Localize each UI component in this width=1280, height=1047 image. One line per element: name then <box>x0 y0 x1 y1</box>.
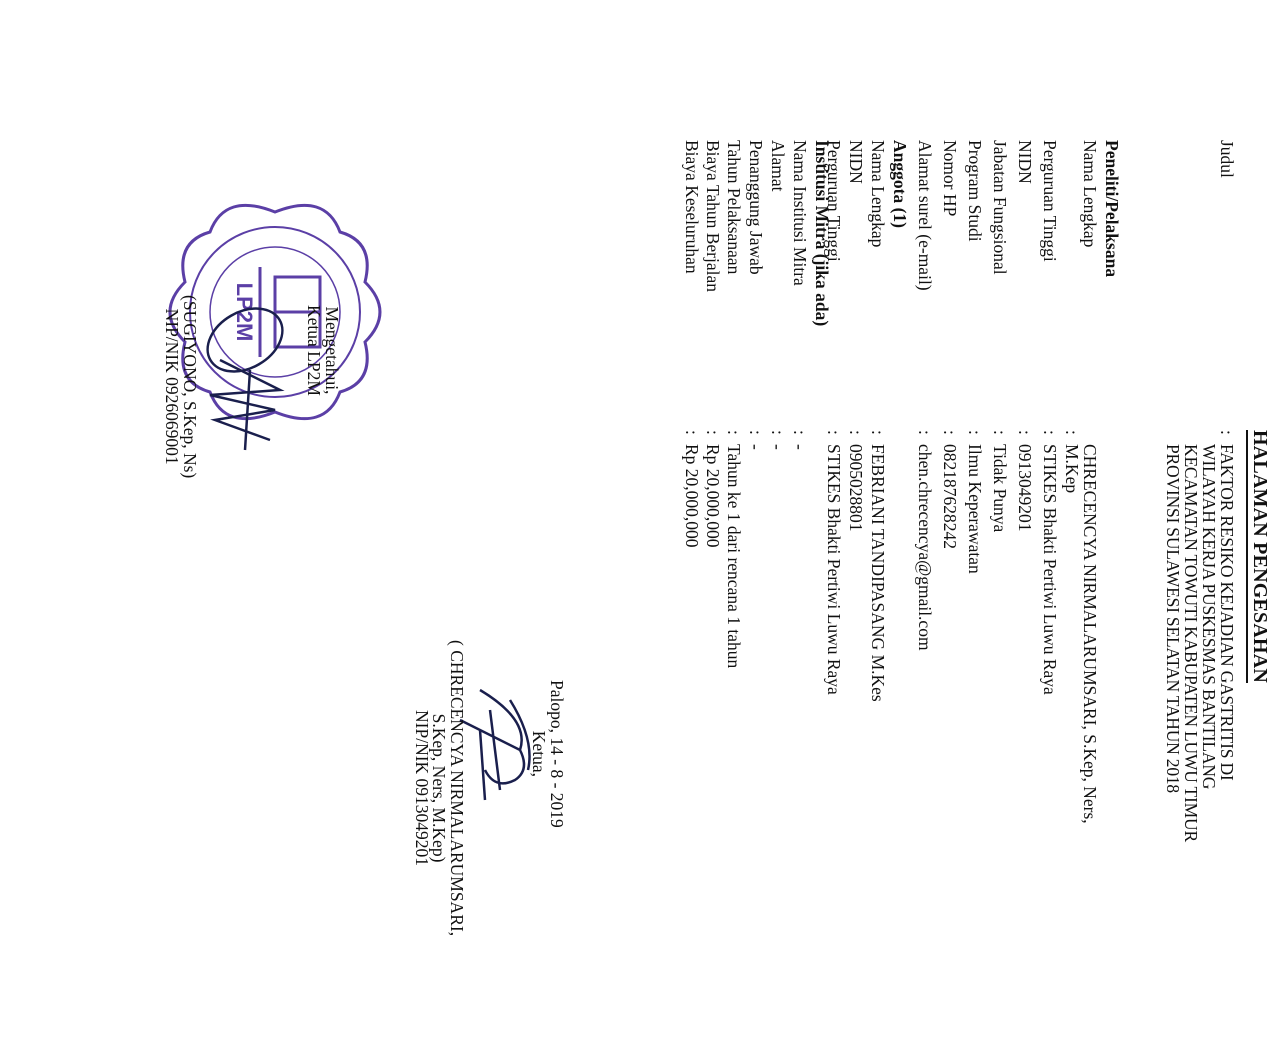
sign-right-footer: ( CHRECENCYA NIRMALARUMSARI, S.Kep, Ners… <box>413 640 466 936</box>
field-value: Rp 20,000,000 <box>703 444 723 548</box>
field-label: Program Studi <box>966 140 984 242</box>
judul-label: Judul <box>1218 140 1236 178</box>
field-label: Nomor HP <box>941 140 959 216</box>
field-label: Jabatan Fungsional <box>991 140 1009 275</box>
field-value: - <box>790 444 810 450</box>
field-value: - <box>746 444 766 450</box>
sign-left-footer: (SUGIYONO, S.Kep, Ns) NIP/NIK 0926069001 <box>163 295 198 478</box>
field-value: Ilmu Keperawatan <box>965 444 985 574</box>
anggota-heading: Anggota (1) <box>891 140 909 228</box>
field-value: 0913049201 <box>1015 444 1035 532</box>
peneliti-heading: Peneliti/Pelaksana <box>1103 140 1121 277</box>
field-label: Tahun Pelaksanaan <box>725 140 743 274</box>
field-value: Tidak Punya <box>990 444 1010 532</box>
field-label: Nama Institusi Mitra <box>791 140 809 286</box>
field-label: Nama Lengkap <box>869 140 887 247</box>
field-value: Tahun ke 1 dari rencana 1 tahun <box>724 444 744 668</box>
field-value: 0905028801 <box>846 444 866 532</box>
signature-left-icon <box>200 300 290 460</box>
field-value: - <box>768 444 788 450</box>
page-title: HALAMAN PENGESAHAN <box>1246 430 1270 683</box>
field-label: NIDN <box>1016 140 1034 184</box>
mitra-heading: Institusi Mitra (jika ada) <box>813 140 831 326</box>
field-label: Perguruan Tinggi <box>1041 140 1059 262</box>
field-label: Biaya Tahun Berjalan <box>704 140 722 292</box>
field-value: FEBRIANI TANDIPASANG M.Kes <box>868 444 888 702</box>
field-label: Penanggung Jawab <box>747 140 765 275</box>
field-value: STIKES Bhakti Pertiwi Luwu Raya <box>1040 444 1060 695</box>
field-value: STIKES Bhakti Pertiwi Luwu Raya <box>824 444 844 695</box>
field-value: chen.chrecencya@gmail.com <box>915 444 935 651</box>
field-value: 082187628242 <box>940 444 960 549</box>
field-label: Alamat surel (e-mail) <box>916 140 934 291</box>
sign-left-header: Mengetahui, Ketua LP2M <box>305 305 340 396</box>
field-value: Rp 20,000,000 <box>682 444 702 548</box>
field-label: Alamat <box>769 140 787 192</box>
field-label: NIDN <box>847 140 865 184</box>
judul-value: FAKTOR RESIKO KEJADIAN GASTRITIS DI WILA… <box>1163 444 1235 842</box>
document-page: HALAMAN PENGESAHAN Judul : FAKTOR RESIKO… <box>0 0 1280 1047</box>
field-label: Biaya Keseluruhan <box>683 140 701 274</box>
